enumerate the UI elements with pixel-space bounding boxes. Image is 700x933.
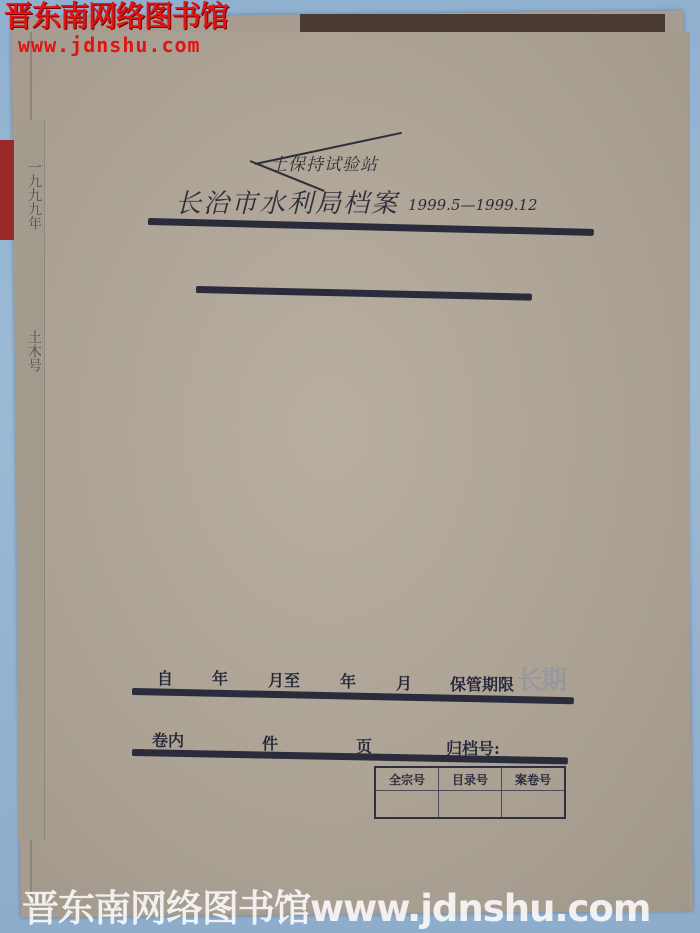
background-red-object — [0, 140, 14, 240]
value-catalog-number — [439, 791, 502, 819]
archive-number-table: 全宗号 目录号 案卷号 — [374, 766, 566, 819]
value-file-number — [501, 791, 565, 819]
label-retention-period: 保管期限 — [450, 672, 514, 695]
label-year-2: 年 — [340, 669, 356, 692]
spine-year-text: 一九九九年 — [22, 160, 42, 230]
label-month-to: 月至 — [268, 668, 300, 691]
label-year-1: 年 — [212, 666, 228, 689]
watermark-bottom: 晋东南网络图书馆www.jdnshu.com — [22, 888, 650, 930]
label-from: 自 — [157, 666, 173, 689]
watermark-top-title: 晋东南网络图书馆 — [4, 0, 228, 32]
folder-title-handwritten: 长治市水利局档案 — [175, 183, 399, 220]
label-volume-contents: 卷内 — [152, 728, 184, 751]
header-fonds-number: 全宗号 — [375, 767, 439, 791]
value-fonds-number — [375, 791, 439, 819]
label-month-2: 月 — [396, 671, 412, 694]
date-range-handwritten: 1999.5—1999.12 — [408, 196, 538, 214]
spine-label-text: 土木号 — [22, 330, 42, 372]
watermark-top-url: www.jdnshu.com — [18, 34, 201, 56]
title-correction-handwritten: 土保持试验站 — [270, 150, 378, 175]
retention-stamp: 长期 — [517, 660, 565, 697]
header-file-number: 案卷号 — [501, 767, 565, 791]
header-catalog-number: 目录号 — [439, 767, 502, 791]
